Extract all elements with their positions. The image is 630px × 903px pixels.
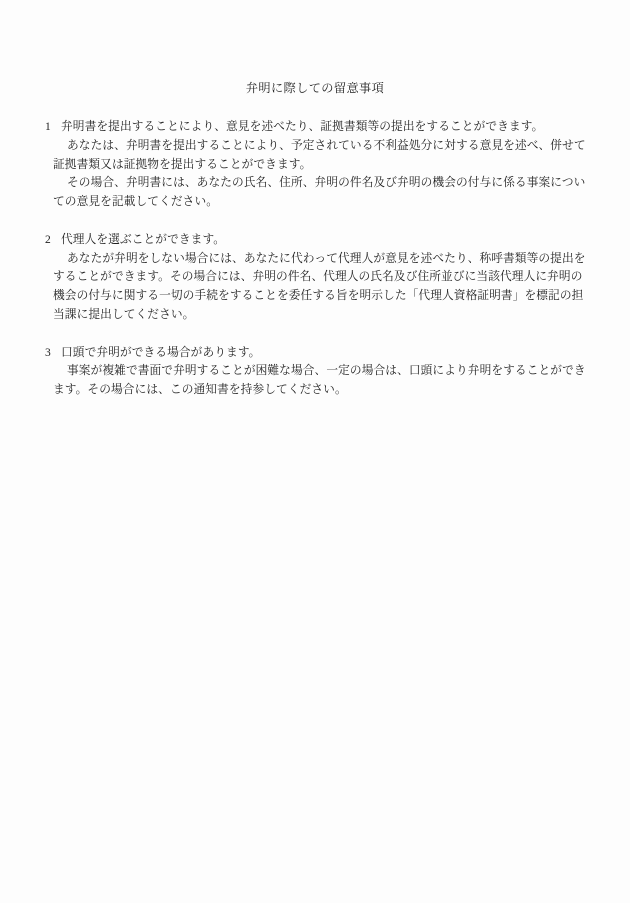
item-3-heading: 3口頭で弁明ができる場合があります。	[0, 344, 630, 363]
notice-item-1: 1弁明書を提出することにより、意見を述べたり、証拠書類等の提出をすることができま…	[0, 118, 630, 212]
item-2-heading: 2代理人を選ぶことができます。	[0, 231, 630, 250]
notice-item-2: 2代理人を選ぶことができます。 あなたが弁明をしない場合には、あなたに代わって代…	[0, 231, 630, 325]
item-3-heading-text: 口頭で弁明ができる場合があります。	[61, 346, 260, 359]
item-1-line-1: あなたは、弁明書を提出することにより、予定されている不利益処分に対する意見を述べ…	[0, 137, 630, 156]
item-3-line-1: 事案が複雑で書面で弁明することが困難な場合、一定の場合は、口頭により弁明をするこ…	[0, 362, 630, 381]
item-3-line-2: ます。その場合には、この通知書を持参してください。	[0, 381, 630, 400]
document-page: 弁明に際しての留意事項 1弁明書を提出することにより、意見を述べたり、証拠書類等…	[0, 0, 630, 903]
item-2-line-1: あなたが弁明をしない場合には、あなたに代わって代理人が意見を述べたり、称呼書類等…	[0, 250, 630, 269]
item-1-number: 1	[45, 118, 61, 137]
document-title: 弁明に際しての留意事項	[0, 0, 630, 98]
item-1-heading-text: 弁明書を提出することにより、意見を述べたり、証拠書類等の提出をすることができます…	[61, 120, 543, 133]
item-2-line-4: 当課に提出してください。	[0, 306, 630, 325]
item-1-line-3: その場合、弁明書には、あなたの氏名、住所、弁明の件名及び弁明の機会の付与に係る事…	[0, 174, 630, 193]
item-3-number: 3	[45, 344, 61, 363]
item-1-line-2: 証拠書類又は証拠物を提出することができます。	[0, 156, 630, 175]
item-2-number: 2	[45, 231, 61, 250]
item-1-line-4: ての意見を記載してください。	[0, 193, 630, 212]
notice-item-3: 3口頭で弁明ができる場合があります。 事案が複雑で書面で弁明することが困難な場合…	[0, 344, 630, 400]
item-2-heading-text: 代理人を選ぶことができます。	[61, 233, 225, 246]
item-2-line-2: することができます。その場合には、弁明の件名、代理人の氏名及び住所並びに当該代理…	[0, 268, 630, 287]
item-2-line-3: 機会の付与に関する一切の手続をすることを委任する旨を明示した「代理人資格証明書」…	[0, 287, 630, 306]
item-1-heading: 1弁明書を提出することにより、意見を述べたり、証拠書類等の提出をすることができま…	[0, 118, 630, 137]
